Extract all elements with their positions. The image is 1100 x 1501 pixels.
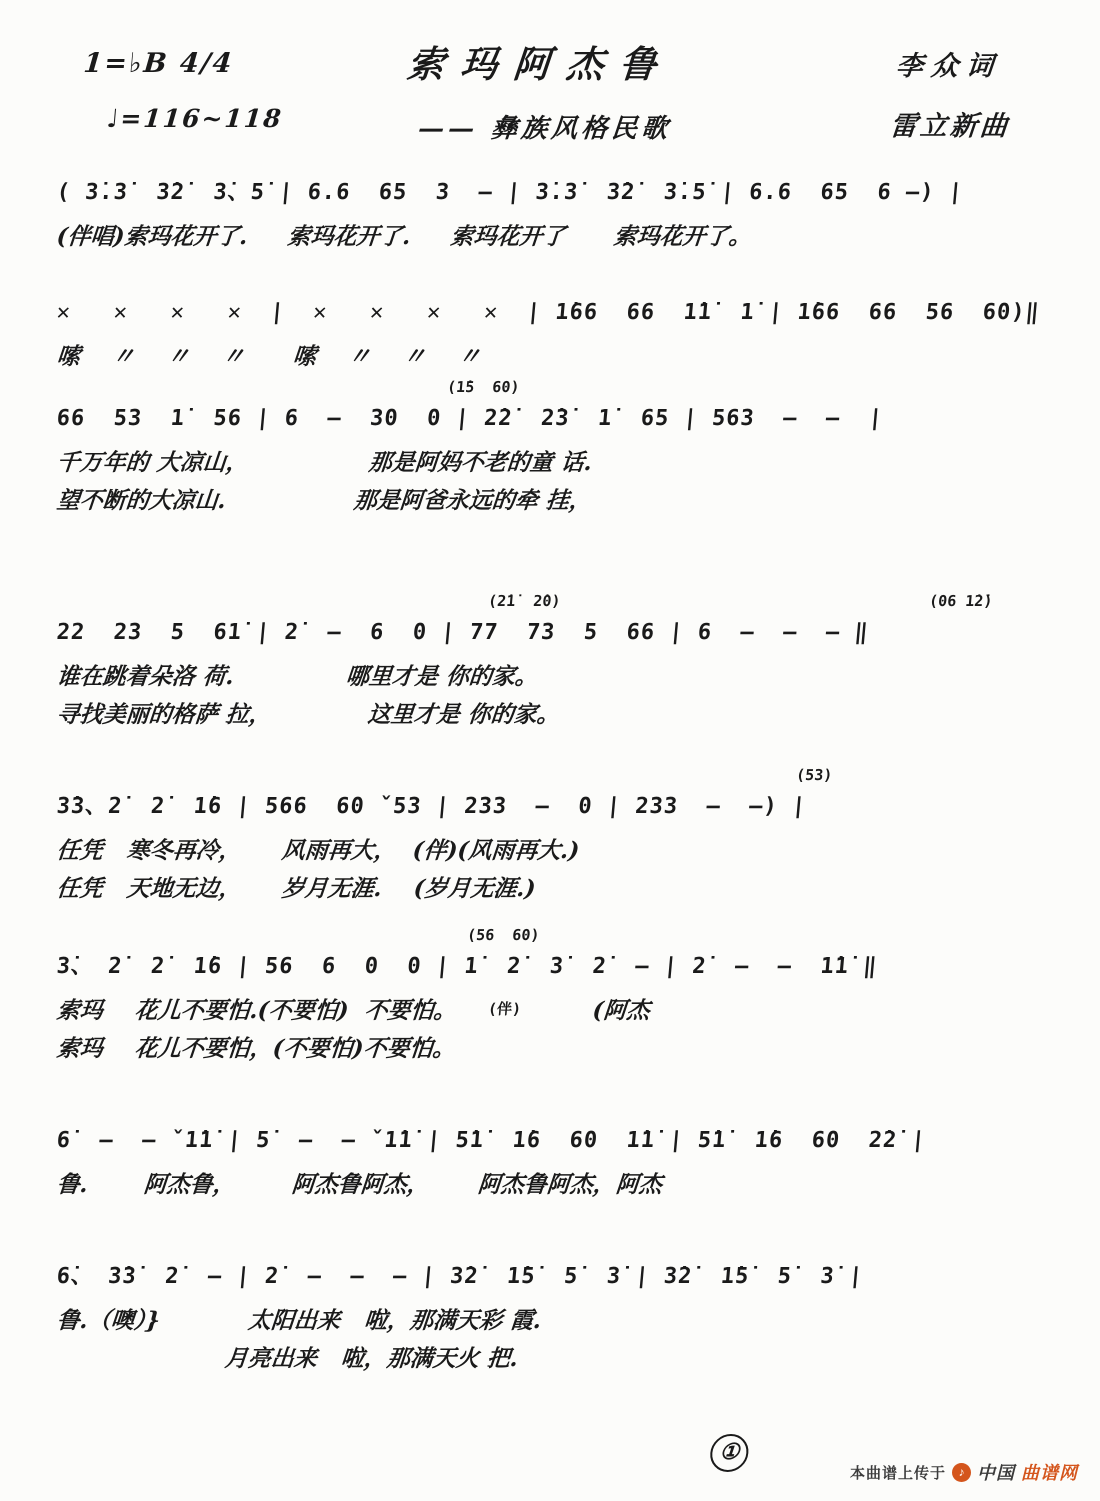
notation-annotation: (2̇1̇ 2̇0)	[487, 592, 561, 610]
page-number: ①	[709, 1434, 750, 1472]
music-system-7: 6̇ — — ˇ1̇1̇ | 5̇ — — ˇ1̇1̇ | 5̇1̇ 1̇6 6…	[58, 1126, 1084, 1200]
notation-annotation: (1̇5 60)	[446, 378, 520, 396]
lyrics-line-verse1: 千万年的 大凉山， 那是阿妈不老的童 话.	[55, 448, 1084, 478]
watermark-site-name-colored: 曲谱网	[1021, 1459, 1078, 1485]
music-system-2: ✕ ✕ ✕ ✕ | ✕ ✕ ✕ ✕ | 1̇66 66 1̇1̇ 1̇ | 1̇…	[58, 298, 1084, 372]
music-system-1: ( 3̇.3̇ 3̇2̇ 3̇、5̇ | 6.6 65 3 — | 3̇.3̇ …	[58, 178, 1084, 252]
lyrics-line-verse2: 寻找美丽的格萨 拉， 这里才是 你的家。	[55, 700, 1084, 730]
notation-annotation: (56 60)	[467, 926, 541, 944]
lyrics-line-verse1: 谁在跳着朵洛 荷. 哪里才是 你的家。	[55, 662, 1084, 692]
notation-annotation: (53)	[795, 766, 833, 784]
notation-line: ( 3̇.3̇ 3̇2̇ 3̇、5̇ | 6.6 65 3 — | 3̇.3̇ …	[55, 178, 1084, 208]
lyrics-line-verse1: 索玛 花儿不要怕.(不要怕) 不要怕。 (阿杰	[55, 996, 1084, 1026]
notation-line: 3̇、 2̇ 2̇ 1̇6 | 56 6 0 0 | 1̇ 2̇ 3̇ 2̇ —…	[55, 952, 1084, 982]
key-signature: 1=♭B 4/4	[82, 48, 235, 79]
notation-line: 3̇3、2̇ 2̇ 1̇6 | 566 60 ˇ53 | 233 — 0 | 2…	[55, 792, 1084, 822]
lyrics-line-verse2: 索玛 花儿不要怕，(不要怕)不要怕。	[55, 1034, 1084, 1064]
music-system-4: (2̇1̇ 2̇0) (06 1̇2̇) 22 23 5 61̇ | 2̇ — …	[58, 592, 1084, 729]
notation-line: ✕ ✕ ✕ ✕ | ✕ ✕ ✕ ✕ | 1̇66 66 1̇1̇ 1̇ | 1̇…	[55, 298, 1084, 328]
notation-line: 66 53 1̇ 56 | 6 — 30 0 | 2̇2̇ 2̇3̇ 1̇ 65…	[55, 404, 1084, 434]
notation-line: 22 23 5 61̇ | 2̇ — 6 0 | 77 73 5 66 | 6 …	[55, 618, 1084, 648]
lyrics-line-verse2: 望不断的大凉山. 那是阿爸永远的牵 挂，	[55, 486, 1084, 516]
notation-line: 6̇ — — ˇ1̇1̇ | 5̇ — — ˇ1̇1̇ | 5̇1̇ 1̇6 6…	[55, 1126, 1084, 1156]
lyrics-line-verse1: 鲁.（噢）} 太阳出来 啦，那满天彩 霞.	[55, 1306, 1084, 1336]
lyrics-line: (伴唱)索玛花开了. 索玛花开了. 索玛花开了 索玛花开了。	[55, 222, 1084, 252]
lyricist-credit: 李众词	[895, 44, 1003, 83]
song-subtitle: —— 彝族风格民歌	[417, 108, 673, 145]
composer-credit: 雷立新曲	[889, 104, 1012, 143]
music-system-3: (1̇5 60) 66 53 1̇ 56 | 6 — 30 0 | 2̇2̇ 2…	[58, 378, 1084, 515]
watermark-upload-note: 本曲谱上传于	[850, 1462, 946, 1483]
notation-annotation: (06 1̇2̇)	[929, 592, 994, 610]
lyrics-line: 鲁. 阿杰鲁， 阿杰鲁阿杰， 阿杰鲁阿杰，阿杰	[55, 1170, 1084, 1200]
lyrics-line-verse2: 任凭 天地无边， 岁月无涯. (岁月无涯.)	[55, 874, 1084, 904]
notation-line: 6̇、 3̇3̇ 2̇ — | 2̇ — — — | 3̇2̇ 1̇5̇ 5̇ …	[55, 1262, 1084, 1292]
music-disc-logo-icon: ♪	[952, 1463, 971, 1482]
tempo-marking: ♩=116~118	[105, 104, 284, 133]
lyrics-line: 嗦 〃 〃 〃 嗦 〃 〃 〃	[55, 342, 1084, 372]
watermark: 本曲谱上传于 ♪ 中国 曲谱网	[850, 1459, 1078, 1485]
music-system-6: (56 60) (伴) 3̇、 2̇ 2̇ 1̇6 | 56 6 0 0 | 1…	[58, 926, 1084, 1063]
lyrics-line-verse2: 月亮出来 啦，那满天火 把.	[55, 1344, 1084, 1374]
song-title: 索玛阿杰鲁	[405, 34, 675, 88]
sheet-music-page: 1=♭B 4/4 ♩=116~118 索玛阿杰鲁 —— 彝族风格民歌 李众词 雷…	[0, 0, 1100, 1501]
music-system-8: 6̇、 3̇3̇ 2̇ — | 2̇ — — — | 3̇2̇ 1̇5̇ 5̇ …	[58, 1262, 1084, 1373]
music-system-5: (53) 3̇3、2̇ 2̇ 1̇6 | 566 60 ˇ53 | 233 — …	[58, 766, 1084, 903]
watermark-site-name-dark: 中国	[977, 1459, 1015, 1485]
lyrics-line-verse1: 任凭 寒冬再冷， 风雨再大， (伴)(风雨再大.)	[55, 836, 1084, 866]
